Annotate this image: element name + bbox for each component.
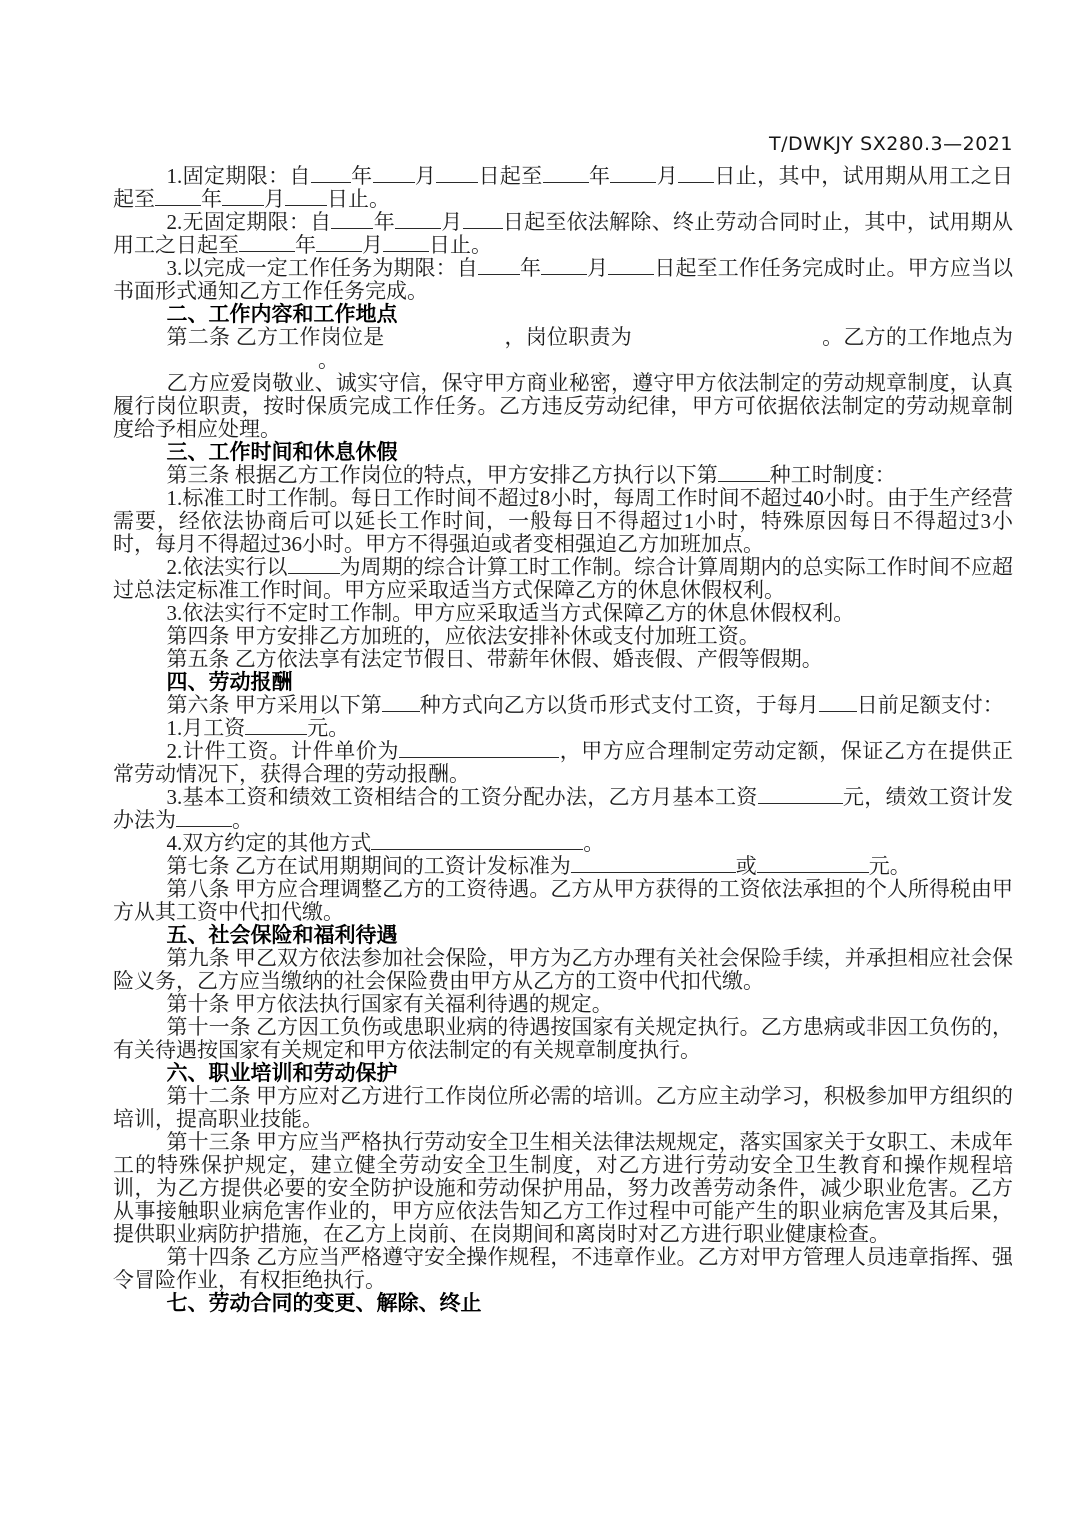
- fill-in-blank-underline: [478, 257, 520, 275]
- paragraph: 第八条 甲方应合理调整乙方的工资待遇。乙方从甲方获得的工资依法承担的个人所得税由…: [113, 878, 1013, 924]
- fill-in-blank-underline: [395, 211, 441, 229]
- paragraph: 1.固定期限：自年月日起至年月日止，其中，试用期从用工之日起至年月日止。: [113, 165, 1013, 211]
- document-page: T/DWKJY SX280.3—2021 1.固定期限：自年月日起至年月日止，其…: [0, 0, 1074, 1520]
- fill-in-blank-underline: [382, 694, 420, 712]
- paragraph: 第十三条 甲方应当严格执行劳动安全卫生相关法律法规规定，落实国家关于女职工、未成…: [113, 1131, 1013, 1246]
- fill-in-blank-underline: [757, 855, 869, 873]
- paragraph: 4.双方约定的其他方式。: [113, 832, 1013, 855]
- section-heading: 四、劳动报酬: [113, 671, 1013, 694]
- fill-in-blank-underline: [288, 556, 340, 574]
- fill-in-blank-underline: [371, 832, 583, 850]
- document-body: 1.固定期限：自年月日起至年月日止，其中，试用期从用工之日起至年月日止。2.无固…: [113, 165, 1013, 1315]
- fill-in-blank-underline: [543, 165, 589, 183]
- fill-in-blank-underline: [222, 188, 264, 206]
- fill-in-blank-underline: [285, 188, 327, 206]
- paragraph: 第十二条 甲方应对乙方进行工作岗位所必需的培训。乙方应主动学习，积极参加甲方组织…: [113, 1085, 1013, 1131]
- paragraph: 1.标准工时工作制。每日工作时间不超过8小时，每周工作时间不超过40小时。由于生…: [113, 487, 1013, 556]
- fill-in-blank-underline: [436, 165, 478, 183]
- paragraph: 第九条 甲乙双方依法参加社会保险，甲方为乙方办理有关社会保险手续，并承担相应社会…: [113, 947, 1013, 993]
- standard-number: T/DWKJY SX280.3—2021: [113, 133, 1013, 155]
- paragraph: 2.依法实行以为周期的综合计算工时工作制。综合计算周期内的总实际工作时间不应超过…: [113, 556, 1013, 602]
- paragraph: 1.月工资元。: [113, 717, 1013, 740]
- paragraph: 第六条 甲方采用以下第种方式向乙方以货币形式支付工资，于每月日前足额支付：: [113, 694, 1013, 717]
- fill-in-blank-underline: [176, 809, 232, 827]
- paragraph: 第十四条 乙方应当严格遵守安全操作规程，不违章作业。乙方对甲方管理人员违章指挥、…: [113, 1246, 1013, 1292]
- paragraph: 乙方应爱岗敬业、诚实守信，保守甲方商业秘密，遵守甲方依法制定的劳动规章制度，认真…: [113, 372, 1013, 441]
- fill-in-blank-underline: [758, 786, 843, 804]
- fill-in-blank-underline: [718, 464, 770, 482]
- fill-in-blank-underline: [155, 188, 201, 206]
- fill-in-blank-underline: [571, 855, 736, 873]
- paragraph: 3.以完成一定工作任务为期限：自年月日起至工作任务完成时止。甲方应当以书面形式通…: [113, 257, 1013, 303]
- fill-in-blank-space: [113, 366, 318, 367]
- fill-in-blank-underline: [608, 257, 654, 275]
- fill-in-blank-underline: [331, 211, 373, 229]
- paragraph: 3.依法实行不定时工作制。甲方应采取适当方式保障乙方的休息休假权利。: [113, 602, 1013, 625]
- fill-in-blank-underline: [819, 694, 857, 712]
- paragraph: 第十一条 乙方因工负伤或患职业病的待遇按国家有关规定执行。乙方患病或非因工负伤的…: [113, 1016, 1013, 1062]
- paragraph: 第三条 根据乙方工作岗位的特点，甲方安排乙方执行以下第种工时制度：: [113, 464, 1013, 487]
- paragraph: 2.计件工资。计件单价为，甲方应合理制定劳动定额，保证乙方在提供正常劳动情况下，…: [113, 740, 1013, 786]
- fill-in-blank-underline: [383, 234, 429, 252]
- paragraph: 第五条 乙方依法享有法定节假日、带薪年休假、婚丧假、产假等假期。: [113, 648, 1013, 671]
- fill-in-blank-underline: [311, 165, 351, 183]
- fill-in-blank-underline: [610, 165, 656, 183]
- fill-in-blank-underline: [541, 257, 587, 275]
- paragraph: 第四条 甲方安排乙方加班的，应依法安排补休或支付加班工资。: [113, 625, 1013, 648]
- fill-in-blank-underline: [239, 234, 295, 252]
- paragraph: 3.基本工资和绩效工资相结合的工资分配办法，乙方月基本工资元，绩效工资计发办法为…: [113, 786, 1013, 832]
- fill-in-blank-underline: [399, 740, 559, 758]
- fill-in-blank-space: [384, 343, 504, 344]
- paragraph: 第二条 乙方工作岗位是，岗位职责为。乙方的工作地点为。: [113, 326, 1013, 372]
- fill-in-blank-underline: [316, 234, 362, 252]
- fill-in-blank-underline: [373, 165, 415, 183]
- section-heading: 七、劳动合同的变更、解除、终止: [113, 1292, 1013, 1315]
- fill-in-blank-underline: [678, 165, 714, 183]
- fill-in-blank-space: [632, 343, 822, 344]
- paragraph: 2.无固定期限：自年月日起至依法解除、终止劳动合同时止，其中，试用期从用工之日起…: [113, 211, 1013, 257]
- section-heading: 二、工作内容和工作地点: [113, 303, 1013, 326]
- section-heading: 六、职业培训和劳动保护: [113, 1062, 1013, 1085]
- section-heading: 三、工作时间和休息休假: [113, 441, 1013, 464]
- section-heading: 五、社会保险和福利待遇: [113, 924, 1013, 947]
- paragraph: 第七条 乙方在试用期期间的工资计发标准为或元。: [113, 855, 1013, 878]
- paragraph: 第十条 甲方依法执行国家有关福利待遇的规定。: [113, 993, 1013, 1016]
- fill-in-blank-underline: [245, 717, 307, 735]
- fill-in-blank-underline: [463, 211, 503, 229]
